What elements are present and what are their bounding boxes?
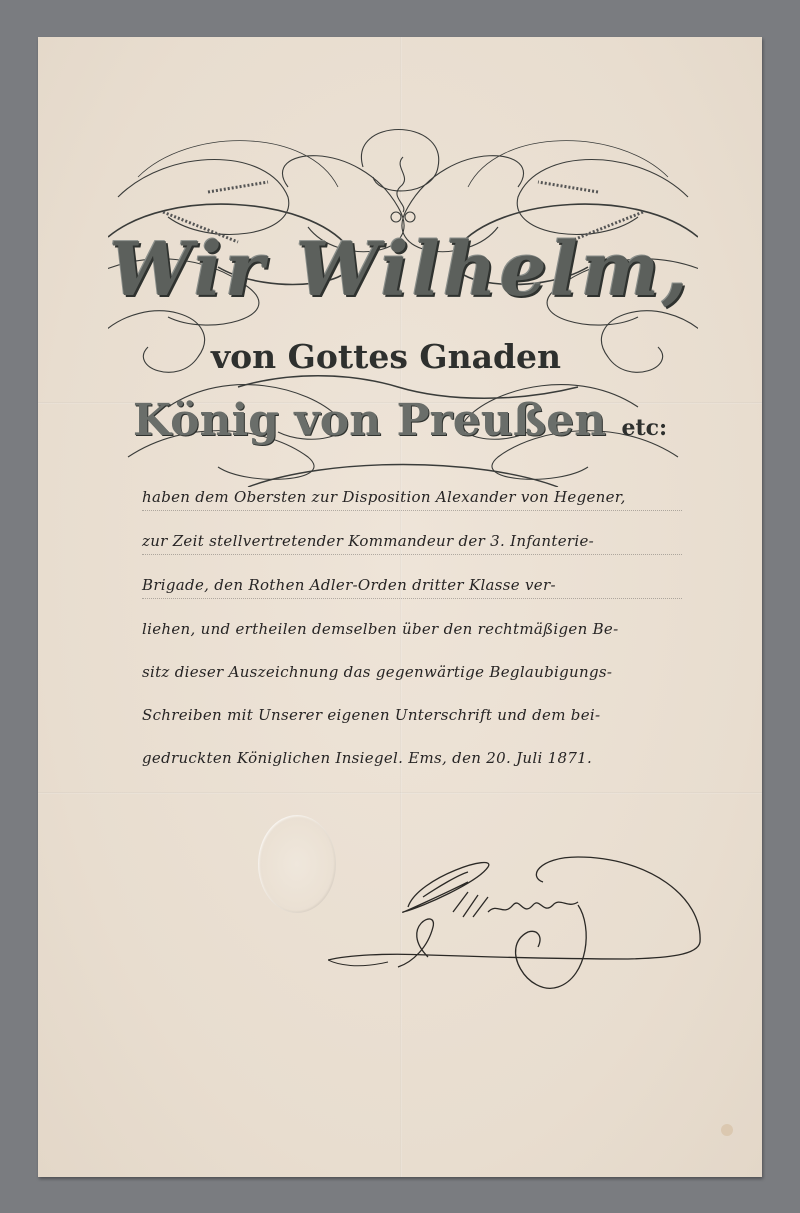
- header-etc: etc:: [621, 415, 667, 441]
- body-line: Schreiben mit Unserer eigenen Unterschri…: [142, 685, 682, 728]
- certificate-body: haben dem Obersten zur Disposition Alexa…: [142, 467, 682, 771]
- header-by-gods-grace: von Gottes Gnaden: [24, 337, 748, 376]
- body-line: liehen, und ertheilen demselben über den…: [142, 599, 682, 642]
- body-line: zur Zeit stellvertretender Kommandeur de…: [142, 511, 682, 555]
- header-king-text: König von Preußen: [133, 395, 606, 446]
- header-we-wilhelm: Wir Wilhelm,: [38, 227, 762, 313]
- paper-stain: [721, 1124, 733, 1136]
- body-line: gedruckten Königlichen Insiegel. Ems, de…: [142, 728, 682, 771]
- body-line: haben dem Obersten zur Disposition Alexa…: [142, 467, 682, 511]
- body-line: Brigade, den Rothen Adler-Orden dritter …: [142, 555, 682, 599]
- embossed-seal: [258, 815, 336, 913]
- header-king-of-prussia: König von Preußen etc:: [38, 395, 762, 446]
- royal-signature: [328, 837, 708, 997]
- fold-crease-horizontal: [38, 792, 762, 794]
- body-line: sitz dieser Auszeichnung das gegenwärtig…: [142, 642, 682, 685]
- certificate-paper: Wir Wilhelm, von Gottes Gnaden König von…: [38, 37, 762, 1177]
